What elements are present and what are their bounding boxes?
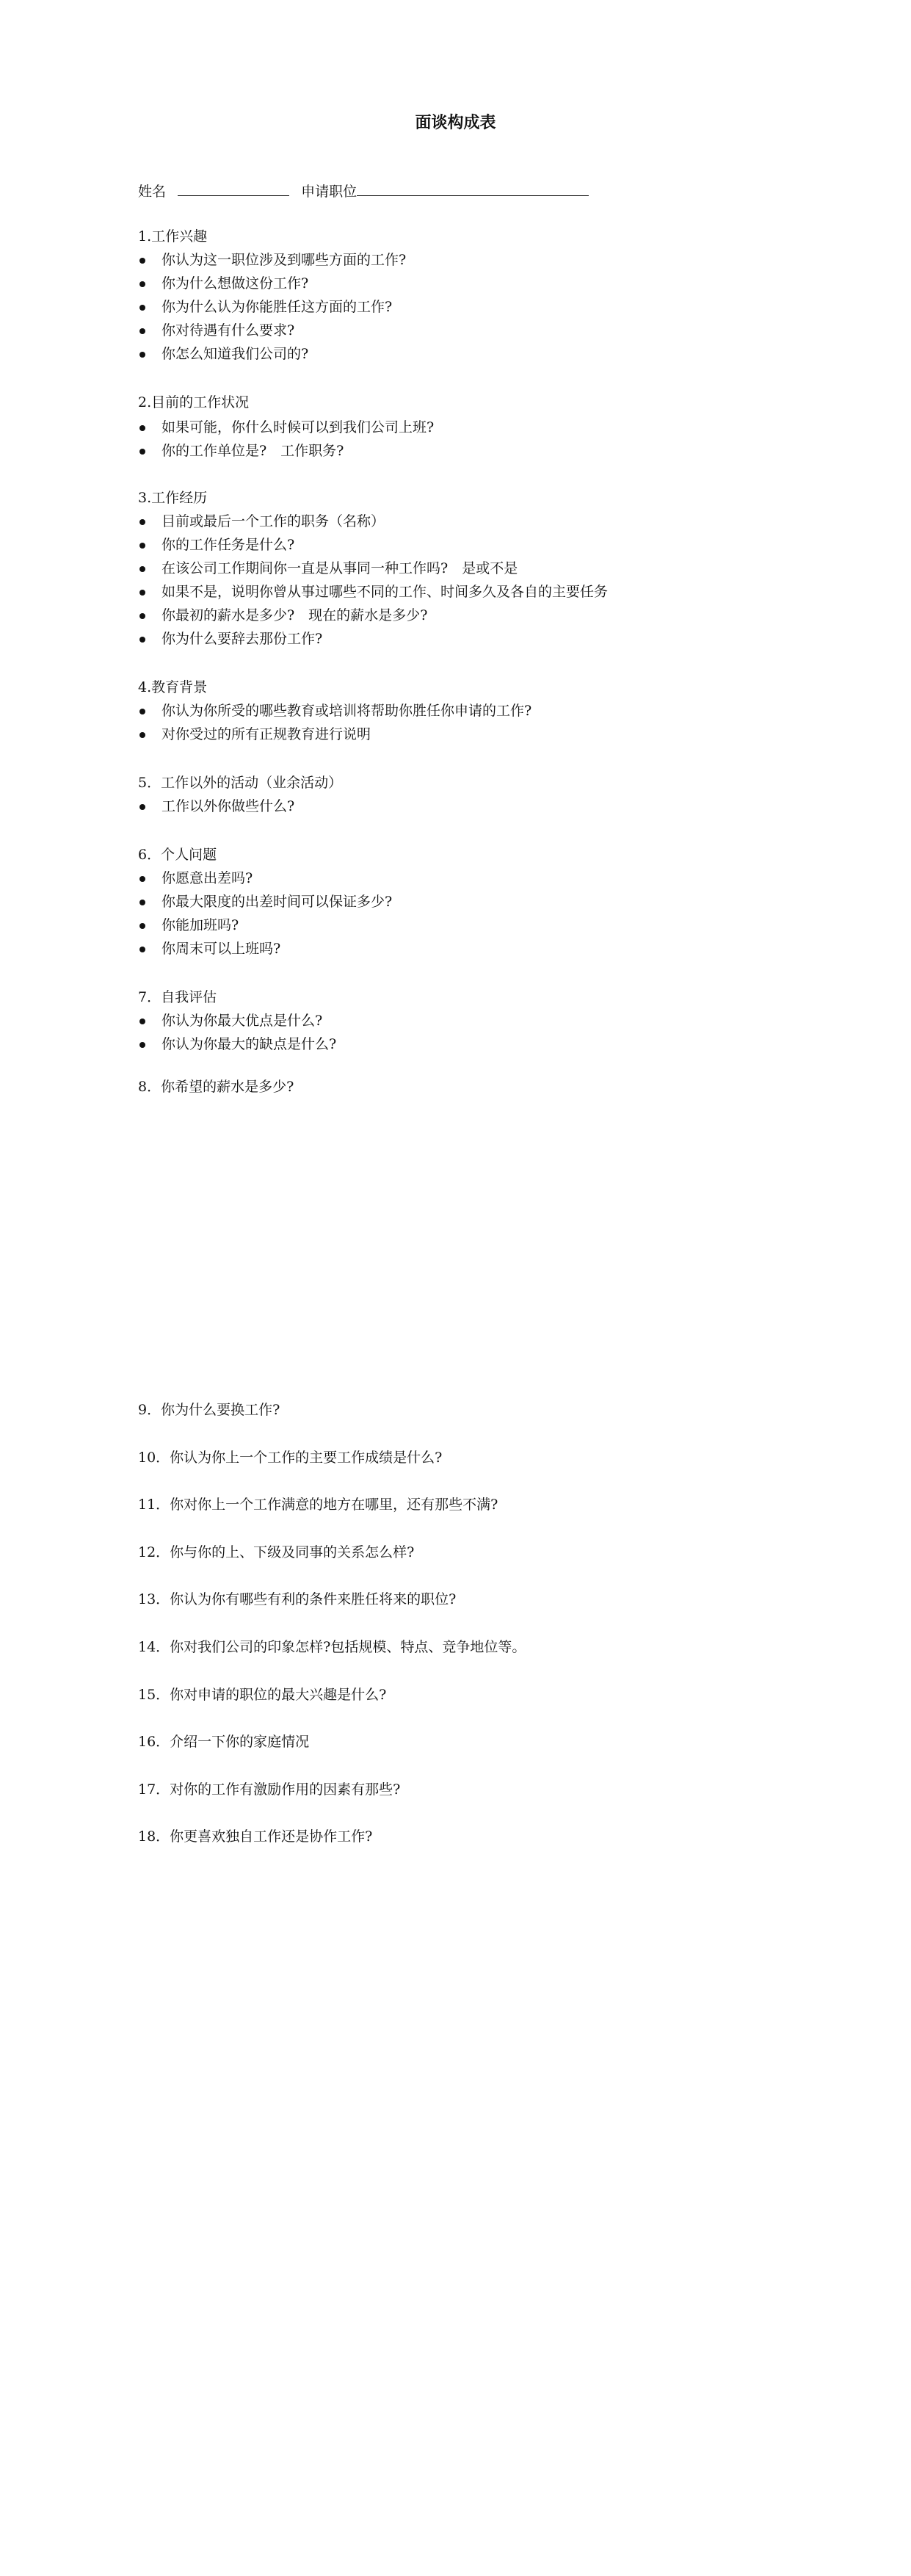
bullet-icon — [139, 637, 145, 643]
bullet-icon — [139, 281, 145, 287]
question-item: 11．你对你上一个工作满意的地方在哪里，还有那些不满? — [138, 1496, 498, 1513]
question-item: 10．你认为你上一个工作的主要工作成绩是什么? — [138, 1449, 442, 1466]
bullet-icon — [139, 900, 145, 905]
bullet-icon — [139, 305, 145, 311]
bullet-icon — [139, 923, 145, 929]
bullet-icon — [139, 1019, 145, 1024]
section-heading-work-interest: 1.工作兴趣 — [138, 228, 207, 245]
bullet-icon — [139, 449, 145, 455]
bullet-icon — [139, 328, 145, 334]
question-item: 14．你对我们公司的印象怎样?包括规模、特点、竞争地位等。 — [138, 1638, 526, 1656]
applicant-info-row: 姓名 申请职位 — [138, 181, 589, 200]
section-heading-self-assessment: 7．自我评估 — [138, 988, 217, 1006]
bullet-icon — [139, 613, 145, 619]
question-item: 15．你对申请的职位的最大兴趣是什么? — [138, 1686, 386, 1704]
bullet-icon — [139, 566, 145, 572]
position-label: 申请职位 — [301, 184, 357, 200]
section-heading-work-experience: 3.工作经历 — [138, 489, 207, 507]
document-title: 面谈构成表 — [0, 110, 911, 133]
section-heading-personal: 6．个人问题 — [138, 846, 217, 864]
section-heading-activities: 5．工作以外的活动（业余活动） — [138, 774, 342, 792]
bullet-icon — [139, 709, 145, 714]
bullet-icon — [139, 352, 145, 358]
question-item: 17．对你的工作有激励作用的因素有那些? — [138, 1781, 400, 1798]
bullet-icon — [139, 425, 145, 431]
bullet-icon — [139, 804, 145, 810]
bullet-icon — [139, 519, 145, 525]
section-heading-current-status: 2.目前的工作状况 — [138, 394, 249, 411]
name-blank-field[interactable] — [178, 181, 289, 196]
question-item: 13．你认为你有哪些有利的条件来胜任将来的职位? — [138, 1591, 456, 1608]
question-item: 12．你与你的上、下级及同事的关系怎么样? — [138, 1544, 414, 1561]
section-heading-education: 4.教育背景 — [138, 679, 207, 696]
bullet-icon — [139, 876, 145, 882]
name-label: 姓名 — [138, 184, 166, 200]
question-item: 8．你希望的薪水是多少? — [138, 1078, 294, 1096]
question-item: 9．你为什么要换工作? — [138, 1401, 280, 1419]
bullet-icon — [139, 258, 145, 264]
bullet-icon — [139, 732, 145, 738]
question-item: 16．介绍一下你的家庭情况 — [138, 1733, 309, 1751]
bullet-icon — [139, 947, 145, 952]
bullet-icon — [139, 543, 145, 549]
bullet-icon — [139, 590, 145, 596]
question-item: 18．你更喜欢独自工作还是协作工作? — [138, 1828, 372, 1845]
position-blank-field[interactable] — [357, 181, 589, 196]
bullet-icon — [139, 1042, 145, 1048]
